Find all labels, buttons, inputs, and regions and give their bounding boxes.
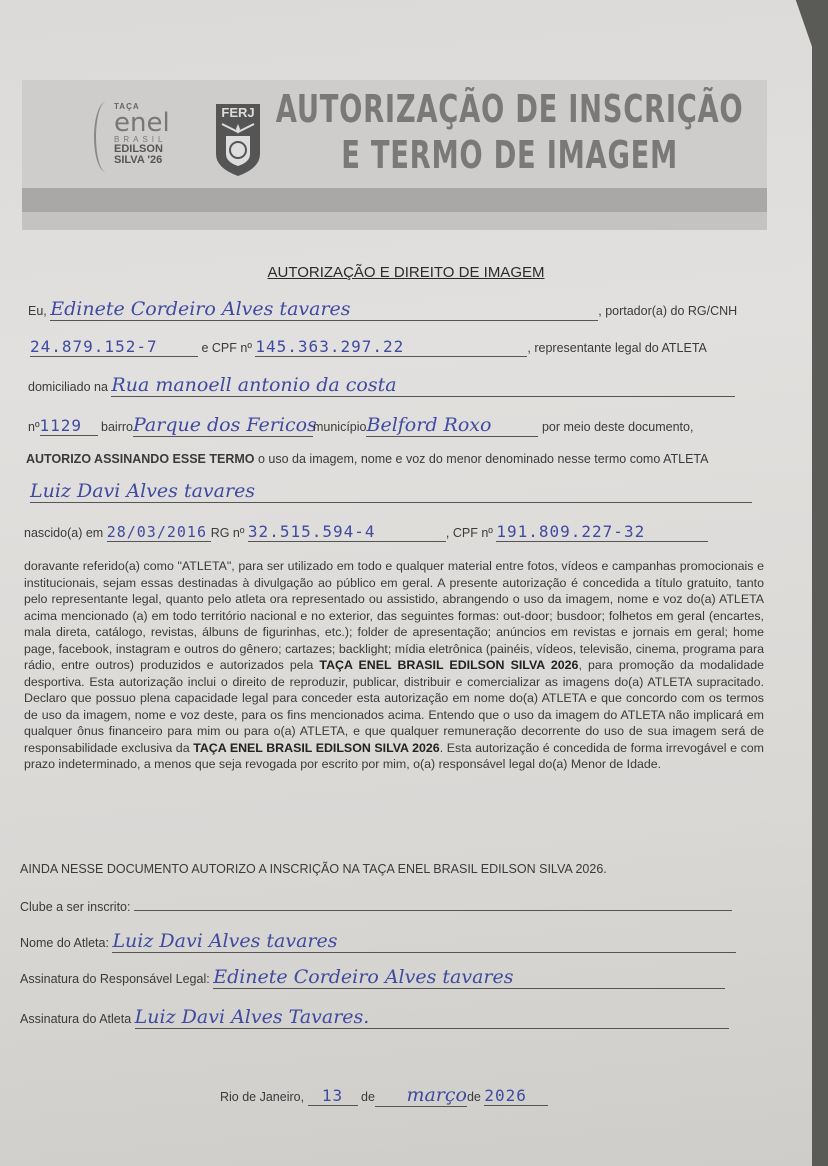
title-line-1: AUTORIZAÇÃO DE INSCRIÇÃO: [272, 86, 747, 132]
responsible-name-line: Eu, Edinete Cordeiro Alves tavares, port…: [28, 298, 737, 321]
autorizo-text: o uso da imagem, nome e voz do menor den…: [258, 452, 708, 466]
logo-enel-text: enel: [114, 111, 184, 135]
athlete-name-line: Luiz Davi Alves tavares: [30, 480, 752, 503]
club-line: Clube a ser inscrito:: [20, 898, 732, 914]
athlete-signature-field[interactable]: Luiz Davi Alves Tavares.: [135, 1006, 729, 1029]
taca-enel-logo: TAÇA enel BRASIL EDILSON SILVA '26: [114, 102, 184, 182]
number-label: nº: [28, 420, 40, 434]
athlete-signature-label: Assinatura do Atleta: [20, 1012, 131, 1026]
header-banner: TAÇA enel BRASIL EDILSON SILVA '26 FERJ …: [22, 80, 767, 230]
birth-date-field[interactable]: 28/03/2016: [107, 523, 211, 542]
month-field[interactable]: março: [375, 1084, 467, 1107]
athlete-signature-line: Assinatura do Atleta Luiz Davi Alves Tav…: [20, 1006, 729, 1029]
athlete-rg-label: RG nº: [211, 526, 245, 540]
svg-text:FERJ: FERJ: [221, 105, 254, 120]
section-title: AUTORIZAÇÃO E DIREITO DE IMAGEM: [0, 264, 812, 281]
club-label: Clube a ser inscrito:: [20, 900, 130, 914]
responsible-cpf-field[interactable]: 145.363.297.22: [255, 337, 527, 357]
document-title: AUTORIZAÇÃO DE INSCRIÇÃO E TERMO DE IMAG…: [272, 86, 747, 178]
logo-silva-text: SILVA '26: [114, 155, 184, 166]
year-field[interactable]: 2026: [484, 1086, 548, 1106]
responsible-docs-line: 24.879.152-7 e CPF nº 145.363.297.22, re…: [30, 337, 707, 357]
municipio-field[interactable]: Belford Roxo: [366, 414, 538, 437]
responsible-name-field[interactable]: Edinete Cordeiro Alves tavares: [50, 298, 598, 321]
event-name-bold: TAÇA ENEL BRASIL EDILSON SILVA 2026: [319, 658, 578, 672]
athlete-rg-field[interactable]: 32.515.594-4: [248, 522, 446, 542]
address-label: domiciliado na: [28, 380, 108, 394]
athlete-cpf-label: , CPF nº: [446, 526, 493, 540]
locality-line: nº1129 bairroParque dos Fericosmunicípio…: [28, 414, 693, 437]
date-line: Rio de Janeiro, 13 demarçode 2026: [220, 1084, 548, 1107]
athlete-name-signature-line: Nome do Atleta: Luiz Davi Alves tavares: [20, 930, 736, 953]
city-label: Rio de Janeiro,: [220, 1090, 304, 1104]
title-line-2: E TERMO DE IMAGEM: [272, 132, 747, 178]
event-name-bold: TAÇA ENEL BRASIL EDILSON SILVA 2026: [193, 741, 440, 755]
address-line: domiciliado na Rua manoell antonio da co…: [28, 374, 735, 397]
guardian-signature-field[interactable]: Edinete Cordeiro Alves tavares: [213, 966, 725, 989]
paragraph-part-1: doravante referido(a) como "ATLETA", par…: [24, 559, 764, 672]
cpf-label: e CPF nº: [201, 341, 251, 355]
day-field[interactable]: 13: [308, 1086, 358, 1106]
guardian-signature-label: Assinatura do Responsável Legal:: [20, 972, 210, 986]
document-page: TAÇA enel BRASIL EDILSON SILVA '26 FERJ …: [0, 0, 812, 1166]
banner-stripe-dark: [22, 188, 767, 212]
club-field[interactable]: [134, 898, 732, 911]
athlete-name-label: Nome do Atleta:: [20, 936, 109, 950]
de-label-2: de: [467, 1090, 481, 1104]
de-label-1: de: [361, 1090, 375, 1104]
born-label: nascido(a) em: [24, 526, 103, 540]
authorization-paragraph: doravante referido(a) como "ATLETA", par…: [24, 558, 764, 773]
representative-label: , representante legal do ATLETA: [527, 341, 707, 355]
banner-stripe-light: [22, 212, 767, 230]
ferj-shield-icon: FERJ: [214, 102, 262, 178]
address-field[interactable]: Rua manoell antonio da costa: [111, 374, 735, 397]
bairro-label: bairro: [101, 420, 133, 434]
autorizo-bold-text: AUTORIZO ASSINANDO ESSE TERMO: [26, 452, 255, 466]
documento-label: por meio deste documento,: [542, 420, 693, 434]
number-field[interactable]: 1129: [40, 416, 98, 436]
athlete-name-signature-field[interactable]: Luiz Davi Alves tavares: [112, 930, 736, 953]
athlete-cpf-field[interactable]: 191.809.227-32: [496, 522, 708, 542]
municipio-label: município: [313, 420, 367, 434]
guardian-signature-line: Assinatura do Responsável Legal: Edinete…: [20, 966, 725, 989]
athlete-docs-line: nascido(a) em 28/03/2016RG nº 32.515.594…: [24, 522, 708, 542]
bairro-field[interactable]: Parque dos Fericos: [133, 414, 313, 437]
rg-label: , portador(a) do RG/CNH: [598, 304, 737, 318]
athlete-name-field[interactable]: Luiz Davi Alves tavares: [30, 480, 752, 503]
autorizo-line: AUTORIZO ASSINANDO ESSE TERMO o uso da i…: [26, 452, 708, 466]
responsible-rg-field[interactable]: 24.879.152-7: [30, 337, 198, 357]
inscription-statement: AINDA NESSE DOCUMENTO AUTORIZO A INSCRIÇ…: [20, 862, 607, 876]
eu-label: Eu,: [28, 304, 47, 318]
